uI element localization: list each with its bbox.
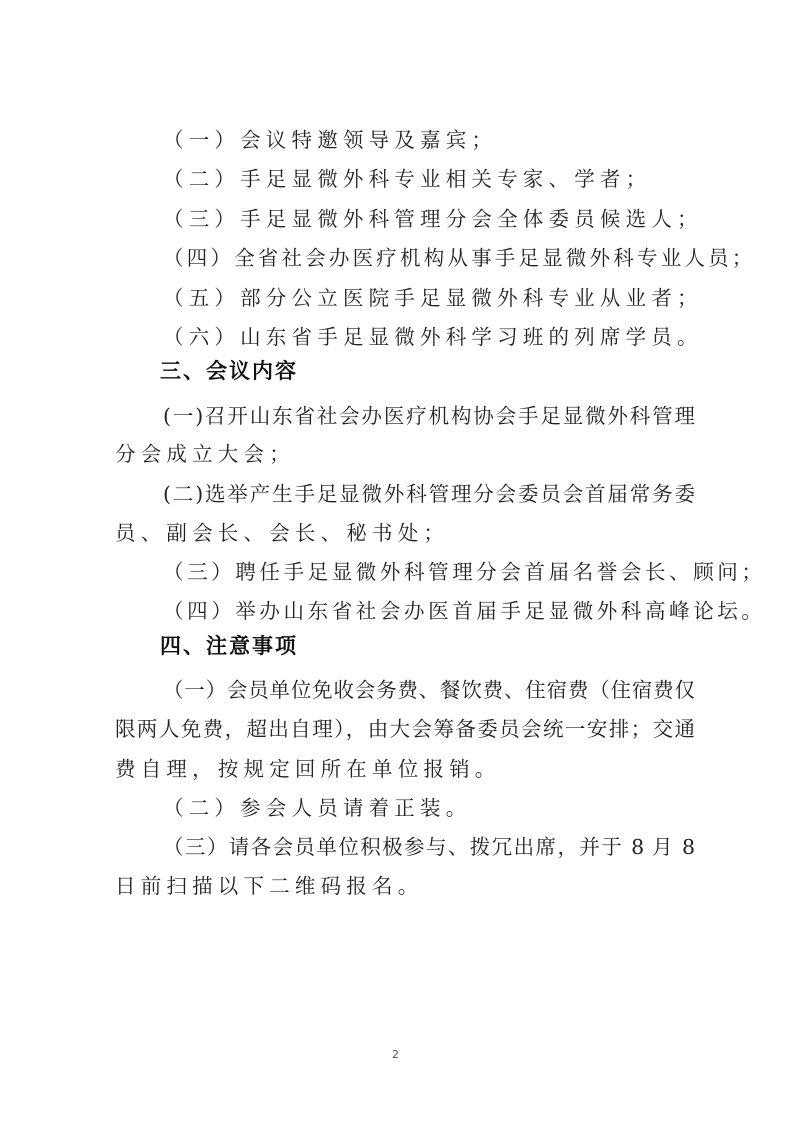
notes-item-1-line-3: 费自理，按规定回所在单位报销。 (115, 755, 695, 783)
notes-item-1-line-2: 限两人免费，超出自理），由大会筹备委员会统一安排；交通 (115, 715, 695, 743)
content-item-1-line-2: 分会成立大会； (115, 440, 695, 468)
page-number: 2 (392, 1048, 399, 1061)
document-page: （一）会议特邀领导及嘉宾； （二）手足显微外科专业相关专家、学者； （三）手足显… (0, 0, 800, 1131)
attendee-item-6: （六）山东省手足显微外科学习班的列席学员。 (163, 323, 695, 351)
notes-item-3-line-2: 日前扫描以下二维码报名。 (115, 872, 695, 900)
notes-item-3-line-1: （三）请各会员单位积极参与、拨冗出席，并于 8 月 8 (163, 833, 695, 861)
notes-item-1-line-1: （一）会员单位免收会务费、餐饮费、住宿费（住宿费仅 (163, 676, 695, 704)
content-item-1-line-1: (一)召开山东省社会办医疗机构协会手足显微外科管理 (163, 402, 695, 430)
content-item-2-line-2: 员、副会长、会长、秘书处； (115, 519, 695, 547)
notes-item-2: （二）参会人员请着正装。 (163, 794, 695, 822)
content-item-3: （三）聘任手足显微外科管理分会首届名誉会长、顾问； (163, 558, 695, 586)
content-item-4: （四）举办山东省社会办医首届手足显微外科高峰论坛。 (163, 597, 695, 625)
attendee-item-3: （三）手足显微外科管理分会全体委员候选人； (163, 205, 695, 233)
content-item-2-line-1: (二)选举产生手足显微外科管理分会委员会首届常务委 (163, 480, 695, 508)
section-heading-meeting-content: 三、会议内容 (160, 357, 298, 385)
attendee-item-5: （五）部分公立医院手足显微外科专业从业者； (163, 284, 695, 312)
section-heading-notes: 四、注意事项 (160, 632, 298, 660)
attendee-item-2: （二）手足显微外科专业相关专家、学者； (163, 165, 695, 193)
attendee-item-1: （一）会议特邀领导及嘉宾； (163, 126, 695, 154)
attendee-item-4: （四）全省社会办医疗机构从事手足显微外科专业人员； (163, 244, 695, 272)
